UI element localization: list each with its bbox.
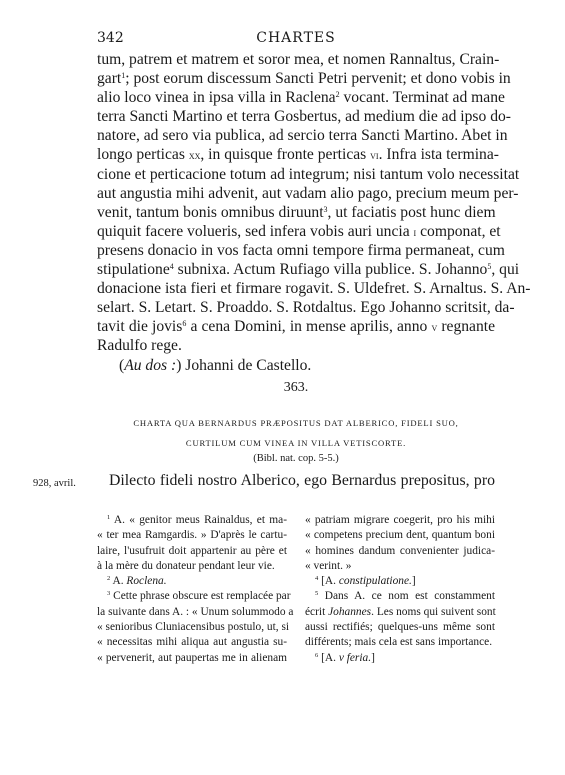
text-line: selart. S. Letart. S. Proaddo. S. Rotdal… [97, 298, 495, 317]
text-line: quiquit facere volueris, sed infera vobi… [97, 222, 495, 241]
footnote-line: aussi rectifiés; quelques-uns même sont [305, 620, 495, 635]
footnote-line: la suivante dans A. : « Unum solummodo a [97, 605, 287, 620]
footnote-2: 2 A. Roclena. [97, 574, 287, 589]
text-line: terra Sancti Martino et terra Gosbertus,… [97, 107, 495, 126]
footnote-line: « necessitas mihi aliqua aut angustia su… [97, 635, 287, 650]
text-line: presens donacio in vos facta omni tempor… [97, 241, 495, 260]
footnote-5: 5 Dans A. ce nom est constamment [305, 589, 495, 604]
footnote-line: « pervenerit, aut paupertas me in aliena… [97, 651, 287, 666]
footnote-line: écrit Johannes. Les noms qui suivent son… [305, 605, 495, 620]
text-line: cione et perticacione totum ad integrum;… [97, 165, 495, 184]
footnote-line: à la mère du donateur pendant leur vie. [97, 559, 287, 574]
charter-number: 363. [97, 380, 495, 396]
text-line: Radulfo rege. [97, 336, 495, 355]
document-page: 342 CHARTES tum, patrem et matrem et sor… [0, 0, 565, 775]
text-line: venit, tantum bonis omnibus diruunt3, ut… [97, 203, 495, 222]
charter-title-line: CURTILUM CUM VINEA IN VILLA VETISCORTE. [97, 433, 495, 453]
text-line: tavit die jovis6 a cena Domini, in mense… [97, 317, 495, 336]
charter-source: (Bibl. nat. cop. 5-5.) [97, 453, 495, 464]
charter-362-text: tum, patrem et matrem et soror mea, et n… [97, 50, 495, 375]
charter-incipit: Dilecto fideli nostro Alberico, ego Bern… [109, 472, 495, 490]
text-line: alio loco vinea in ipsa villa in Raclena… [97, 88, 495, 107]
footnote-line: différents; mais cela est sans importanc… [305, 635, 495, 650]
charter-title-line: CHARTA QUA BERNARDUS PRÆPOSITUS DAT ALBE… [97, 413, 495, 433]
footnote-6: 6 [A. v feria.] [305, 651, 495, 666]
text-line: stipulatione4 subnixa. Actum Rufiago vil… [97, 260, 495, 279]
footnote-line: « homines dandum convenienter judica- [305, 544, 495, 559]
text-line: longo perticas xx, in quisque fronte per… [97, 145, 495, 164]
footnote-line: « competens precium dent, quantum boni [305, 528, 495, 543]
footnote-3: 3 Cette phrase obscure est remplacée par [97, 589, 287, 604]
text-line: natore, ad sero via publica, ad sercio t… [97, 126, 495, 145]
footnote-line: « ter mea Ramgardis. » D'après le cartu- [97, 528, 287, 543]
endorsement-line: (Au dos :) Johanni de Castello. [97, 356, 495, 375]
footnote-line: laire, l'usufruit doit appartenir au pèr… [97, 544, 287, 559]
charter-title: CHARTA QUA BERNARDUS PRÆPOSITUS DAT ALBE… [97, 413, 495, 453]
footnote-1: 1 A. « genitor meus Rainaldus, et ma- [97, 513, 287, 528]
footnote-line: « senioribus Cluniacensibus postulo, ut,… [97, 620, 287, 635]
footnotes-right-column: « patriam migrare coegerit, pro his mihi… [305, 513, 495, 666]
footnote-line: « verint. » [305, 559, 495, 574]
text-line: gart1; post eorum discessum Sancti Petri… [97, 69, 495, 88]
running-title: CHARTES [97, 30, 495, 46]
text-line: donacione ista fieri et firmare rogavit.… [97, 279, 495, 298]
margin-date: 928, avril. [33, 478, 76, 489]
text-line: tum, patrem et matrem et soror mea, et n… [97, 50, 495, 69]
page-header: 342 CHARTES [97, 30, 495, 50]
footnote-line: « patriam migrare coegerit, pro his mihi [305, 513, 495, 528]
footnotes-left-column: 1 A. « genitor meus Rainaldus, et ma- « … [97, 513, 287, 666]
footnote-4: 4 [A. constipulatione.] [305, 574, 495, 589]
text-line: aut angustia mihi advenit, aut vadam ali… [97, 184, 495, 203]
